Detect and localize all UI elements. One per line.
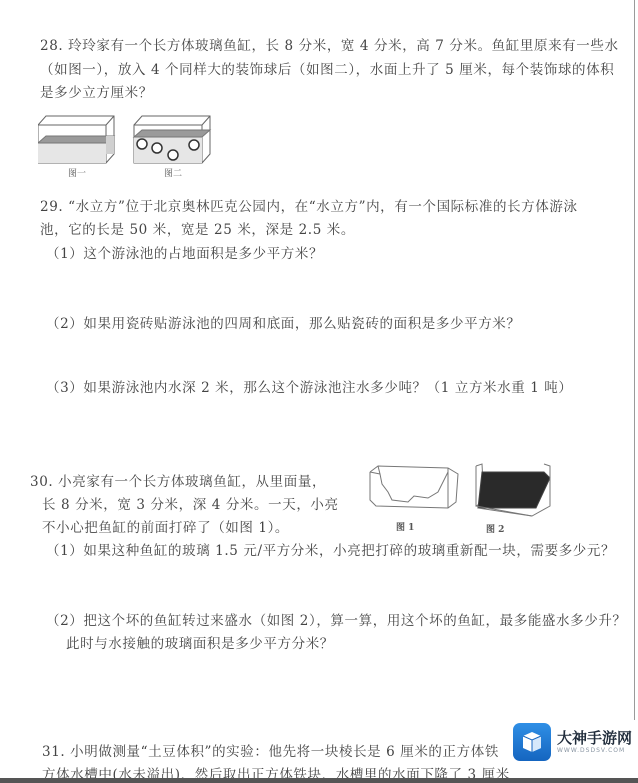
q30-line-3: 不小心把鱼缸的前面打碎了（如图 1）。 bbox=[42, 518, 289, 538]
q28-figures bbox=[38, 110, 218, 170]
q29-sub-1: （1）这个游泳池的占地面积是多少平方米？ bbox=[46, 244, 323, 264]
q30-line-1: 30. 小亮家有一个长方体玻璃鱼缸，从里面量， bbox=[30, 472, 326, 492]
q31-line-1: 31. 小明做测量“土豆体积”的实验：他先将一块棱长是 6 厘米的正方体铁 bbox=[42, 742, 499, 762]
page-bottom-border bbox=[0, 778, 638, 783]
watermark-url: WWW.DSDSV.COM bbox=[557, 747, 632, 754]
q29-sub-2: （2）如果用瓷砖贴游泳池的四周和底面，那么贴瓷砖的面积是多少平方米？ bbox=[46, 314, 521, 334]
q30-sub-2-cont: 此时与水接触的玻璃面积是多少平方分米？ bbox=[66, 634, 334, 654]
q29-line-2: 池，它的长是 50 米，宽是 25 米，深是 2.5 米。 bbox=[40, 220, 355, 240]
q30-sub-2: （2）把这个坏的鱼缸转过来盛水（如图 2），算一算，用这个坏的鱼缸，最多能盛水多… bbox=[46, 611, 627, 631]
cube-logo-icon bbox=[513, 723, 551, 761]
q29-sub-3: （3）如果游泳池内水深 2 米，那么这个游泳池注水多少吨？（1 立方米水重 1 … bbox=[46, 378, 573, 398]
q30-figures bbox=[368, 462, 558, 522]
watermark-title: 大神手游网 bbox=[557, 730, 632, 747]
q28-line-1: 28. 玲玲家有一个长方体玻璃鱼缸，长 8 分米，宽 4 分米，高 7 分米。鱼… bbox=[40, 36, 619, 56]
q29-line-1: 29. “水立方”位于北京奥林匹克公园内，在“水立方”内，有一个国际标准的长方体… bbox=[40, 197, 578, 217]
figure-caption: 图一 bbox=[68, 166, 86, 179]
q30-sub-1: （1）如果这种鱼缸的玻璃 1.5 元/平方分米，小亮把打碎的玻璃重新配一块，需要… bbox=[46, 541, 615, 561]
figure-caption: 图 2 bbox=[486, 522, 504, 535]
figure-caption: 图二 bbox=[164, 166, 182, 179]
watermark: 大神手游网 WWW.DSDSV.COM bbox=[513, 720, 635, 764]
q28-line-3: 是多少立方厘米？ bbox=[40, 83, 153, 103]
tilted-tank-figure bbox=[476, 464, 550, 516]
q28-line-2: （如图一），放入 4 个同样大的装饰球后（如图二），水面上升了 5 厘米，每个装… bbox=[40, 60, 614, 80]
tank-figure-1 bbox=[38, 116, 114, 163]
figure-caption: 图 1 bbox=[396, 520, 414, 533]
broken-tank-figure bbox=[370, 466, 458, 508]
page-right-border bbox=[634, 0, 635, 760]
q30-line-2: 长 8 分米，宽 3 分米，深 4 分米。一天，小亮 bbox=[42, 495, 339, 515]
tank-figure-2 bbox=[134, 116, 210, 163]
